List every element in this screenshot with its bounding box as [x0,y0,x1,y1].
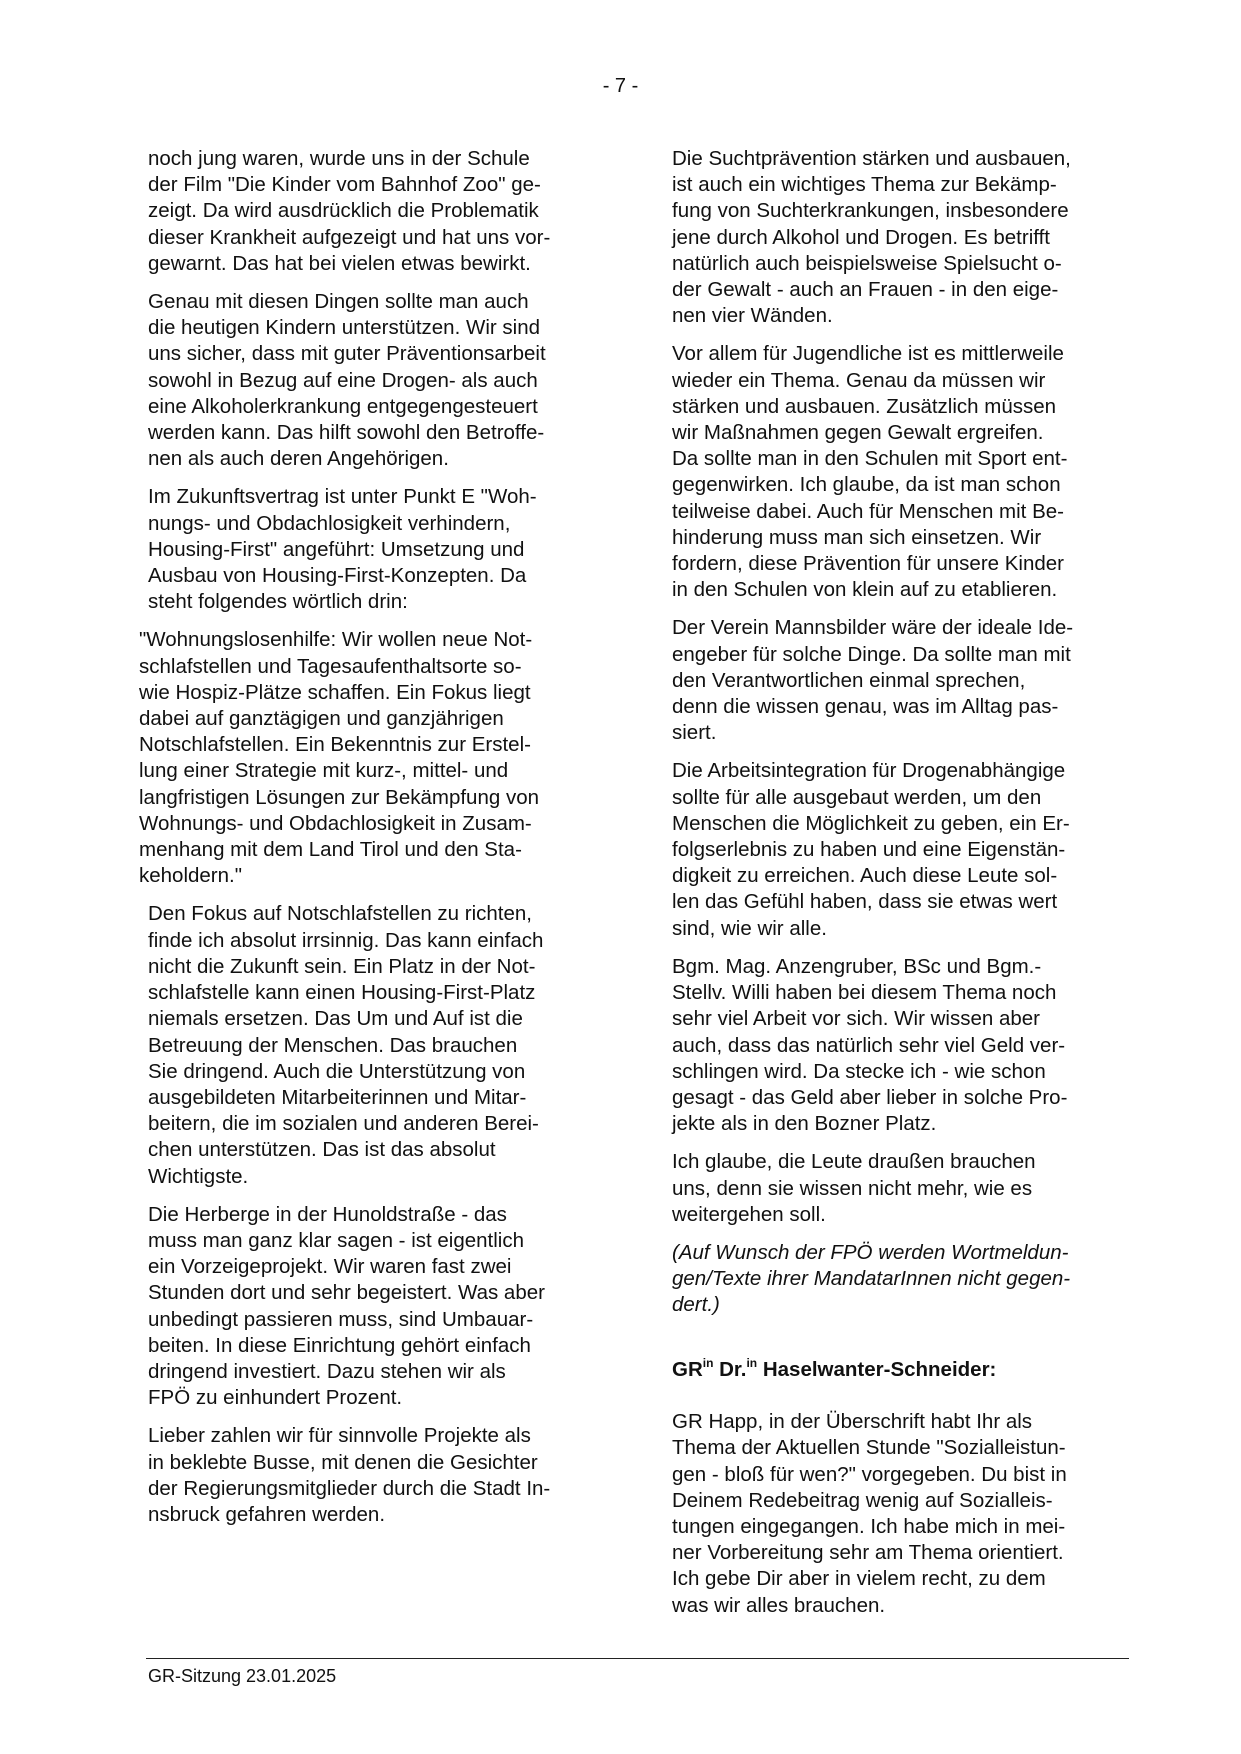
speaker-text: GR Happ, in der Überschrift habt Ihr als… [672,1410,1067,1616]
paragraph: Bgm. Mag. Anzengruber, BSc und Bgm.- Ste… [672,954,1132,1137]
speaker-title: GR [672,1358,703,1381]
speaker-heading: GRin Dr.in Haselwanter-Schneider: [672,1357,1132,1383]
paragraph: Den Fokus auf Notschlafstellen zu richte… [148,901,608,1189]
paragraph: Der Verein Mannsbilder wäre der ideale I… [672,615,1132,746]
quoted-paragraph: "Wohnungslosenhilfe: Wir wollen neue Not… [139,627,608,889]
editorial-note: (Auf Wunsch der FPÖ werden Wortmeldun- g… [672,1240,1132,1319]
paragraph: Die Suchtprävention stärken und ausbauen… [672,146,1132,329]
speaker-degree-suffix: in [746,1356,757,1370]
footer-text: GR-Sitzung 23.01.2025 [148,1665,336,1687]
paragraph: noch jung waren, wurde uns in der Schule… [148,146,608,277]
paragraph: Vor allem für Jugendliche ist es mittler… [672,341,1132,603]
speaker-title-suffix: in [703,1356,714,1370]
speaker-name: Haselwanter-Schneider: [757,1358,996,1381]
right-column: Die Suchtprävention stärken und ausbauen… [672,146,1132,1619]
speaker-block: GRin Dr.in Haselwanter-Schneider: GR Hap… [672,1331,1132,1619]
paragraph: Lieber zahlen wir für sinnvolle Projekte… [148,1423,608,1528]
footer-divider [146,1658,1129,1659]
paragraph: Ich glaube, die Leute draußen brauchen u… [672,1149,1132,1228]
left-column: noch jung waren, wurde uns in der Schule… [148,146,608,1540]
paragraph: Im Zukunftsvertrag ist unter Punkt E "Wo… [148,484,608,615]
paragraph: Die Arbeitsintegration für Drogenabhängi… [672,758,1132,941]
paragraph: Genau mit diesen Dingen sollte man auch … [148,289,608,472]
paragraph: Die Herberge in der Hunoldstraße - das m… [148,1202,608,1412]
speaker-degree: Dr. [713,1358,746,1381]
page-number: - 7 - [0,74,1241,98]
